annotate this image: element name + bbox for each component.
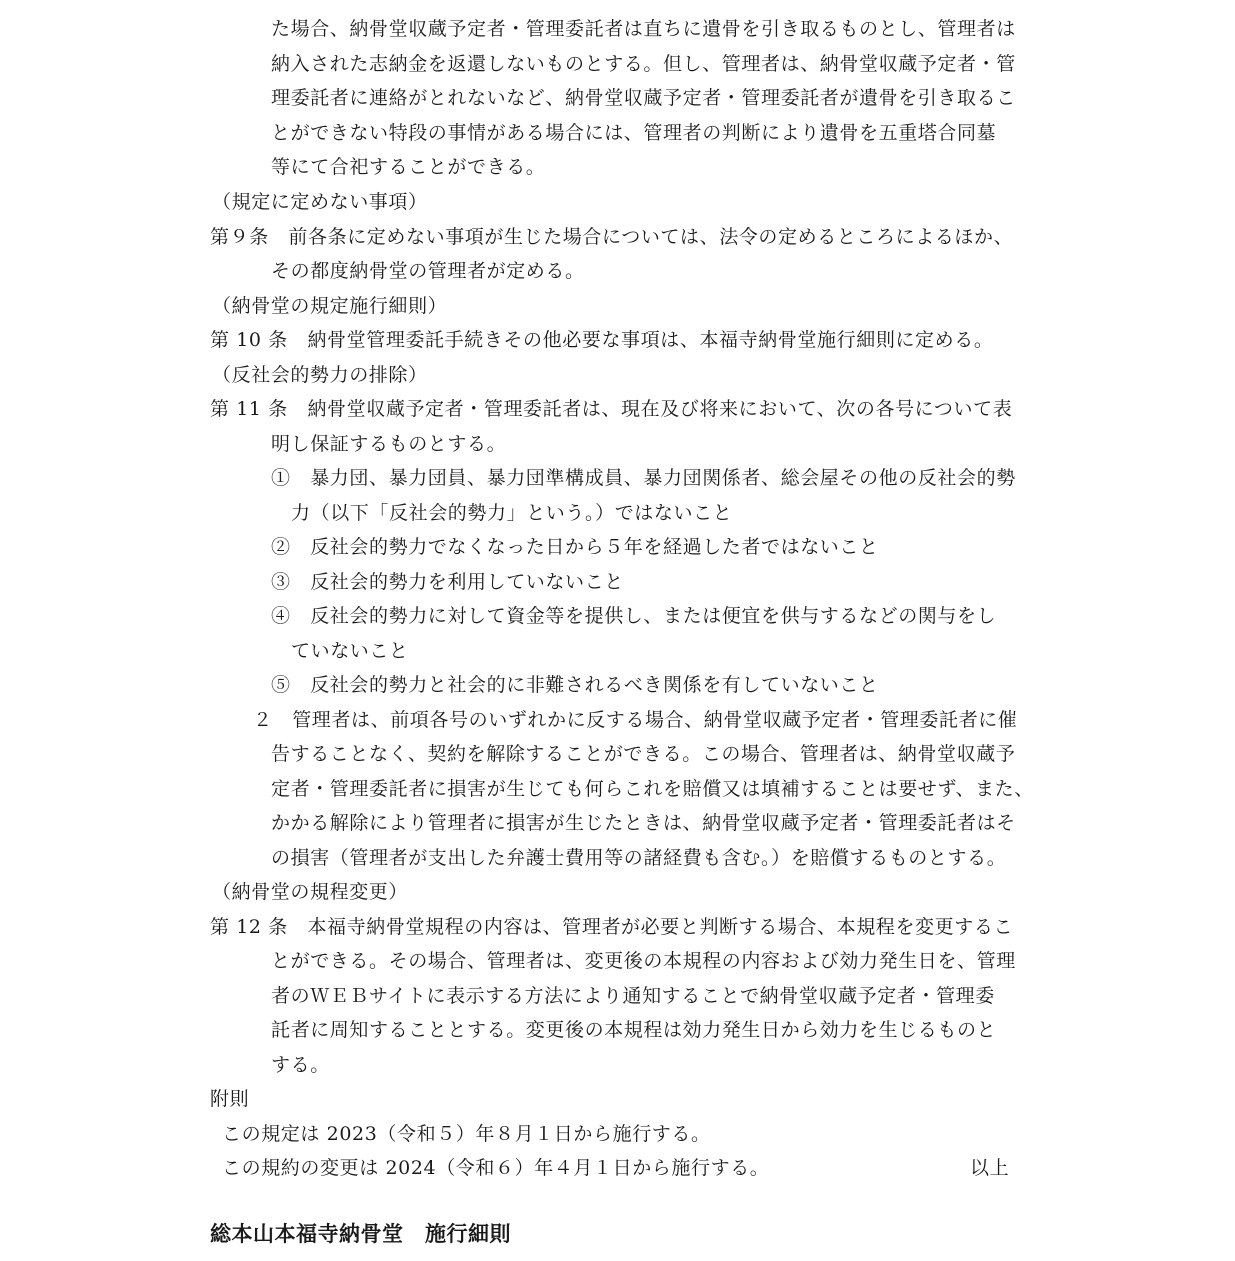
- body-text-line: 等にて合祀することができる。: [271, 155, 545, 179]
- body-text-line: その都度納骨堂の管理者が定める。: [271, 259, 585, 283]
- closing-mark: 以上: [970, 1156, 1009, 1180]
- body-text-line: の損害（管理者が支出した弁護士費用等の諸経費も含む。）を賠償するものとする。: [271, 846, 1006, 870]
- article-line: 第９条 前各条に定めない事項が生じた場合については、法令の定めるところによるほか…: [210, 225, 1013, 249]
- body-text-line: ⑤ 反社会的勢力と社会的に非難されるべき関係を有していないこと: [271, 673, 879, 697]
- body-text-line: 託者に周知することとする。変更後の本規程は効力発生日から効力を生じるものと: [271, 1018, 996, 1042]
- article-line: 第 10 条 納骨堂管理委託手続きその他必要な事項は、本福寺納骨堂施行細則に定め…: [210, 328, 993, 352]
- body-text-line: ていないこと: [291, 639, 409, 663]
- body-text-line: この規定は 2023（令和５）年８月１日から施行する。: [222, 1122, 711, 1146]
- section-heading: （規定に定めない事項）: [212, 190, 428, 214]
- section-heading: （反社会的勢力の排除）: [212, 363, 428, 387]
- body-text-line: この規約の変更は 2024（令和６）年４月１日から施行する。: [222, 1156, 769, 1180]
- body-text-line: 者のＷＥＢサイトに表示する方法により通知することで納骨堂収蔵予定者・管理委: [271, 984, 995, 1008]
- section-heading: （納骨堂の規程変更）: [212, 880, 408, 904]
- section-title: 総本山本福寺納骨堂 施行細則: [210, 1222, 511, 1246]
- body-text-line: かかる解除により管理者に損害が生じたときは、納骨堂収蔵予定者・管理委託者はそ: [271, 811, 1016, 835]
- body-text-line: 定者・管理委託者に損害が生じても何らこれを賠償又は填補することは要せず、また、: [271, 777, 1034, 801]
- body-text-line: とができない特段の事情がある場合には、管理者の判断により遺骨を五重塔合同墓: [271, 121, 996, 145]
- supplementary-provisions-heading: 附則: [210, 1087, 249, 1111]
- body-text-line: 明し保証するものとする。: [271, 432, 506, 456]
- body-text-line: とができる。その場合、管理者は、変更後の本規程の内容および効力発生日を、管理: [271, 949, 1016, 973]
- body-text-line: ① 暴力団、暴力団員、暴力団準構成員、暴力団関係者、総会屋その他の反社会的勢: [271, 466, 1016, 490]
- article-line: 第 11 条 納骨堂収蔵予定者・管理委託者は、現在及び将来において、次の各号につ…: [210, 397, 1012, 421]
- article-line: 第 12 条 本福寺納骨堂規程の内容は、管理者が必要と判断する場合、本規程を変更…: [210, 915, 1013, 939]
- body-text-line: 納入された志納金を返還しないものとする。但し、管理者は、納骨堂収蔵予定者・管: [271, 52, 1016, 76]
- body-text-line: ２ 管理者は、前項各号のいずれかに反する場合、納骨堂収蔵予定者・管理委託者に催: [253, 708, 1017, 732]
- body-text-line: 理委託者に連絡がとれないなど、納骨堂収蔵予定者・管理委託者が遺骨を引き取るこ: [271, 86, 1016, 110]
- body-text-line: する。: [271, 1053, 330, 1077]
- body-text-line: ④ 反社会的勢力に対して資金等を提供し、または便宜を供与するなどの関与をし: [271, 604, 996, 628]
- section-heading: （納骨堂の規定施行細則）: [212, 294, 447, 318]
- body-text-line: ② 反社会的勢力でなくなった日から５年を経過した者ではないこと: [271, 535, 879, 559]
- body-text-line: 告することなく、契約を解除することができる。この場合、管理者は、納骨堂収蔵予: [271, 742, 1015, 766]
- body-text-line: ③ 反社会的勢力を利用していないこと: [271, 570, 624, 594]
- body-text-line: た場合、納骨堂収蔵予定者・管理委託者は直ちに遺骨を引き取るものとし、管理者は: [271, 17, 1016, 41]
- body-text-line: 力（以下「反社会的勢力」という。）ではないこと: [291, 501, 732, 525]
